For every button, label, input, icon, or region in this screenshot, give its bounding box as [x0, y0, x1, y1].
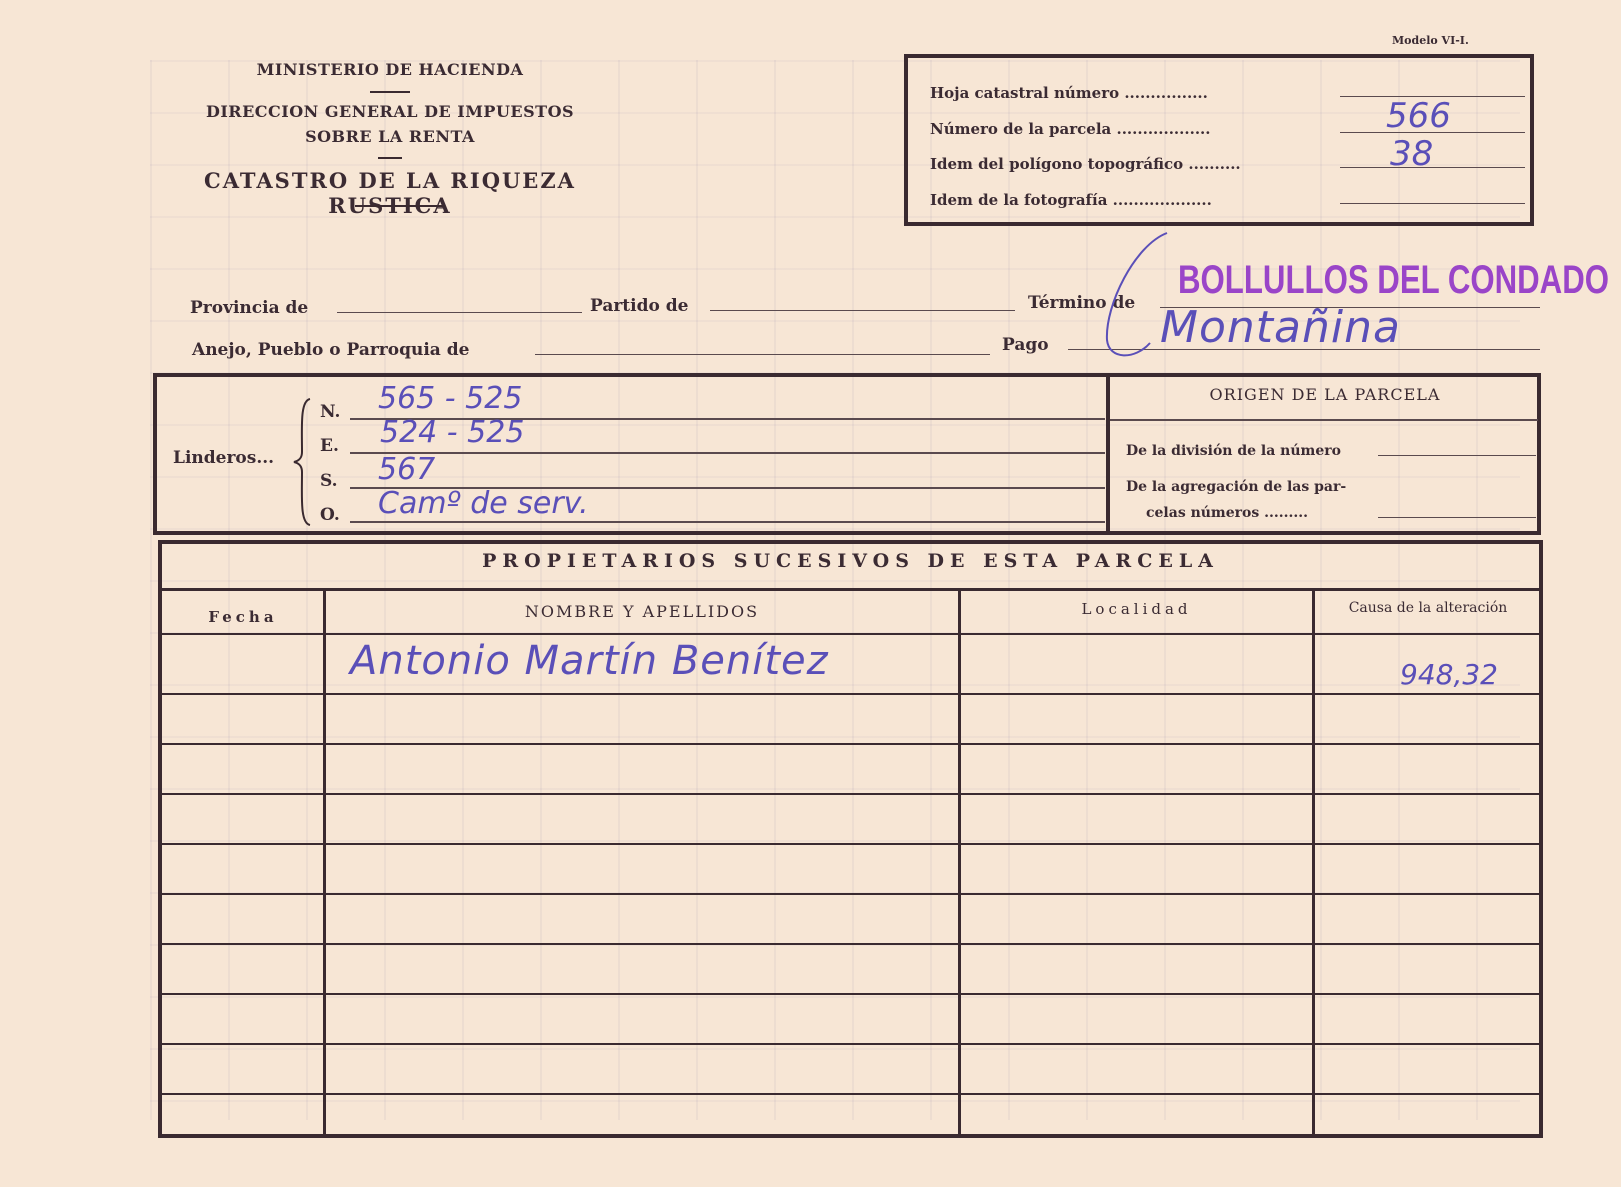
lindero-value-s[interactable]: 567: [378, 452, 435, 487]
poligono-label: Idem del polígono topográfico ..........: [930, 155, 1241, 173]
row-line: [162, 793, 1540, 795]
poligono-value[interactable]: 38: [1390, 134, 1433, 174]
divider: [370, 91, 410, 93]
row-line: [162, 993, 1540, 995]
lindero-dir-s: S.: [320, 471, 338, 491]
lindero-dir-e: E.: [320, 436, 339, 456]
col-header-fecha: Fecha: [162, 608, 324, 626]
origen-agregacion-label: De la agregación de las par-: [1126, 479, 1346, 495]
pago-value[interactable]: Montañina: [1160, 302, 1401, 353]
fotografia-line: [1340, 203, 1525, 204]
row-line: [162, 1043, 1540, 1045]
header-row-line: [162, 633, 1540, 635]
lindero-dir-o: O.: [320, 505, 340, 525]
brace-icon: [292, 397, 316, 527]
divider: [378, 157, 402, 159]
model-number: Modelo VI-I.: [1392, 34, 1469, 47]
reference-box: Hoja catastral número ................ N…: [904, 54, 1534, 226]
direction-heading-line2: SOBRE LA RENTA: [180, 127, 600, 146]
owners-title-divider: [158, 588, 1543, 591]
anejo-line: [535, 354, 990, 355]
hoja-catastral-label: Hoja catastral número ................: [930, 84, 1208, 102]
origen-title: ORIGEN DE LA PARCELA: [1110, 385, 1540, 404]
lindero-value-e[interactable]: 524 - 525: [380, 415, 524, 450]
ministry-heading: MINISTERIO DE HACIENDA: [200, 60, 580, 79]
termino-stamp-value[interactable]: BOLLULLOS DEL CONDADO: [1178, 258, 1609, 303]
numero-parcela-label: Número de la parcela ..................: [930, 120, 1210, 138]
col-header-localidad: Localidad: [961, 600, 1312, 618]
numero-parcela-value[interactable]: 566: [1386, 96, 1451, 136]
page-title: CATASTRO DE LA RIQUEZA RUSTICA: [140, 168, 640, 218]
owners-title-text: PROPIETARIOS SUCESIVOS DE ESTA PARCELA: [482, 550, 1219, 572]
row1-causa[interactable]: 948,32: [1400, 658, 1498, 691]
origen-division-line: [1378, 455, 1536, 456]
lindero-line-o: [350, 521, 1105, 523]
handwritten-loop-mark: [1095, 225, 1185, 365]
row-line: [162, 743, 1540, 745]
row-line: [162, 1093, 1540, 1095]
col-header-nombre: NOMBRE Y APELLIDOS: [326, 602, 958, 621]
direction-heading-line1: DIRECCION GENERAL DE IMPUESTOS: [180, 102, 600, 121]
origen-title-divider: [1110, 419, 1538, 421]
partido-label: Partido de: [590, 296, 688, 316]
lindero-value-n[interactable]: 565 - 525: [378, 381, 522, 416]
origen-agregacion-line: [1378, 517, 1536, 518]
lindero-dir-n: N.: [320, 402, 340, 422]
anejo-label: Anejo, Pueblo o Parroquia de: [192, 340, 469, 360]
col-divider-nombre: [958, 590, 961, 1136]
row-line: [162, 943, 1540, 945]
col-divider-localidad: [1312, 590, 1315, 1136]
row-line: [162, 843, 1540, 845]
lindero-line-e: [350, 452, 1105, 454]
linderos-label: Linderos...: [173, 448, 274, 468]
provincia-label: Provincia de: [190, 298, 308, 318]
partido-line: [710, 310, 1015, 311]
divider: [355, 205, 445, 207]
origen-division-label: De la división de la número: [1126, 443, 1341, 459]
col-divider-fecha: [323, 590, 326, 1136]
provincia-line: [337, 312, 582, 313]
owners-table: [158, 540, 1543, 1138]
lindero-value-o[interactable]: Camº de serv.: [378, 486, 589, 521]
fotografia-label: Idem de la fotografía ..................…: [930, 191, 1212, 209]
row1-nombre[interactable]: Antonio Martín Benítez: [350, 638, 829, 684]
row-line: [162, 693, 1540, 695]
origen-agregacion-label-2: celas números .........: [1146, 505, 1308, 521]
pago-label: Pago: [1002, 335, 1049, 355]
col-header-causa: Causa de la alteración: [1315, 600, 1541, 616]
row-line: [162, 893, 1540, 895]
owners-title: PROPIETARIOS SUCESIVOS DE ESTA PARCELA: [158, 550, 1543, 572]
